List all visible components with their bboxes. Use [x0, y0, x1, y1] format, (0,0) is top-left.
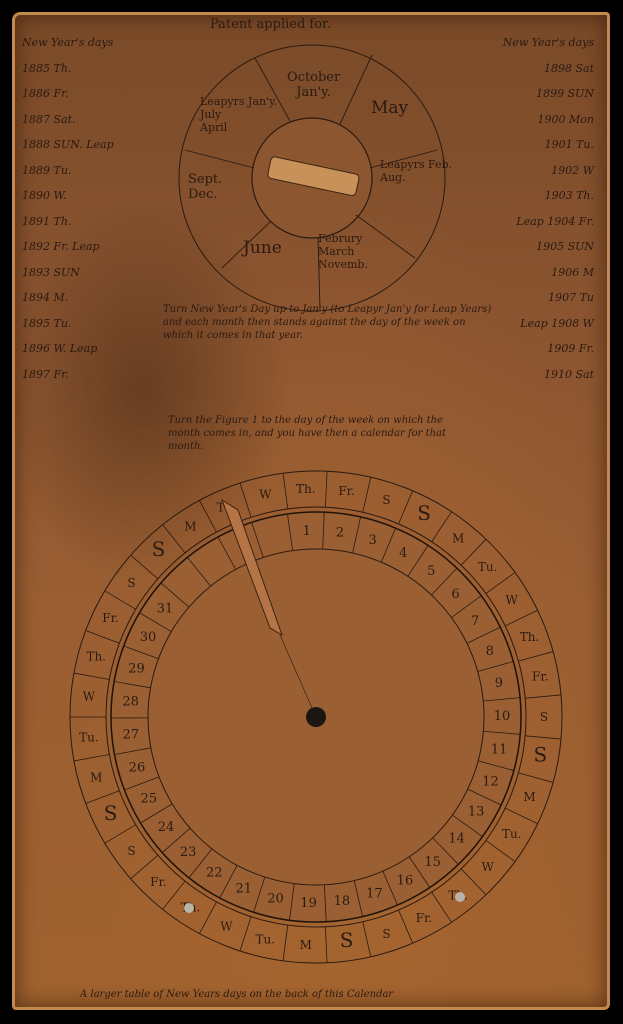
- svg-text:13: 13: [468, 805, 485, 820]
- center-pivot: [306, 707, 326, 727]
- svg-text:Tu.: Tu.: [502, 827, 522, 841]
- rivet: [455, 892, 465, 902]
- svg-text:Fr.: Fr.: [416, 911, 433, 925]
- svg-text:9: 9: [495, 676, 503, 691]
- svg-text:26: 26: [129, 760, 146, 775]
- svg-text:Th.: Th.: [86, 649, 106, 663]
- svg-text:S: S: [127, 844, 135, 858]
- svg-text:24: 24: [158, 820, 175, 835]
- svg-text:W: W: [482, 860, 495, 874]
- svg-text:Fr.: Fr.: [532, 669, 549, 683]
- svg-text:W: W: [83, 690, 96, 704]
- svg-text:1: 1: [303, 524, 311, 539]
- svg-text:6: 6: [451, 587, 459, 602]
- svg-text:S: S: [382, 493, 390, 507]
- svg-text:17: 17: [366, 887, 383, 902]
- svg-text:M: M: [452, 532, 464, 546]
- svg-text:Tu.: Tu.: [255, 932, 275, 946]
- svg-text:M: M: [300, 938, 312, 952]
- svg-text:S: S: [104, 801, 118, 825]
- svg-text:12: 12: [482, 774, 499, 789]
- rivet: [184, 903, 194, 913]
- svg-text:28: 28: [122, 694, 139, 709]
- svg-text:M: M: [184, 520, 196, 534]
- svg-text:S: S: [540, 710, 548, 724]
- footer-note: A larger table of New Years days on the …: [80, 988, 560, 1001]
- svg-text:19: 19: [300, 896, 317, 911]
- svg-text:M: M: [90, 771, 102, 785]
- svg-text:23: 23: [180, 845, 197, 860]
- svg-text:10: 10: [494, 709, 511, 724]
- svg-text:Tu.: Tu.: [79, 730, 99, 744]
- svg-text:16: 16: [397, 873, 414, 888]
- svg-text:3: 3: [368, 533, 376, 548]
- svg-text:31: 31: [157, 601, 174, 616]
- svg-text:4: 4: [399, 546, 407, 561]
- svg-text:W: W: [220, 920, 233, 934]
- svg-text:22: 22: [206, 866, 223, 881]
- svg-text:S: S: [340, 928, 354, 952]
- svg-text:W: W: [259, 488, 272, 502]
- svg-text:27: 27: [123, 728, 140, 743]
- svg-text:2: 2: [336, 526, 344, 541]
- svg-text:S: S: [152, 537, 166, 561]
- svg-text:Fr.: Fr.: [102, 611, 119, 625]
- svg-text:W: W: [506, 593, 519, 607]
- svg-text:5: 5: [427, 564, 435, 579]
- svg-text:S: S: [417, 501, 431, 525]
- svg-text:30: 30: [140, 630, 157, 645]
- svg-text:25: 25: [141, 792, 158, 807]
- svg-text:21: 21: [235, 881, 252, 896]
- svg-text:20: 20: [267, 892, 284, 907]
- svg-text:8: 8: [486, 644, 494, 659]
- day-dial[interactable]: WTh.Fr.SSMTu.WTh.Fr.SSMTu.WTh.Fr.SSMTu.W…: [0, 0, 623, 1024]
- svg-text:Th.: Th.: [296, 482, 316, 496]
- svg-text:Th.: Th.: [520, 630, 540, 644]
- svg-text:S: S: [127, 576, 135, 590]
- svg-text:11: 11: [491, 742, 508, 757]
- svg-text:Tu.: Tu.: [478, 560, 498, 574]
- svg-text:Fr.: Fr.: [338, 484, 355, 498]
- svg-text:7: 7: [471, 614, 479, 629]
- svg-text:Fr.: Fr.: [150, 875, 167, 889]
- svg-text:18: 18: [334, 894, 351, 909]
- svg-text:S: S: [533, 743, 547, 767]
- svg-text:29: 29: [128, 661, 145, 676]
- svg-text:M: M: [523, 790, 535, 804]
- svg-text:S: S: [382, 927, 390, 941]
- svg-text:14: 14: [448, 832, 465, 847]
- svg-text:15: 15: [424, 855, 441, 870]
